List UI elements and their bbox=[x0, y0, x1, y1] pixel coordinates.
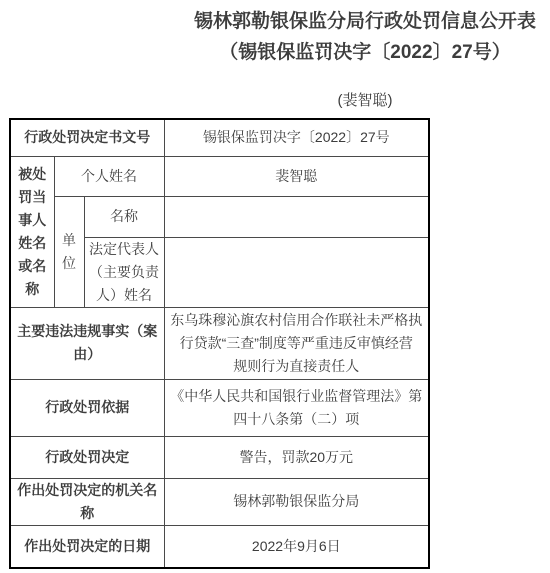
decision-value: 警告，罚款20万元 bbox=[164, 436, 429, 478]
basis-label: 行政处罚依据 bbox=[10, 379, 164, 436]
document-title: 锡林郭勒银保监分局行政处罚信息公开表 bbox=[180, 6, 550, 37]
basis-value: 《中华人民共和国银行业监督管理法》第 四十八条第（二）项 bbox=[164, 379, 429, 436]
decision-label: 行政处罚决定 bbox=[10, 436, 164, 478]
date-label: 作出处罚决定的日期 bbox=[10, 525, 164, 568]
personal-name-label: 个人姓名 bbox=[54, 156, 164, 196]
unit-header: 单 位 bbox=[54, 196, 84, 307]
document-number: （锡银保监罚决字〔2022〕27号） bbox=[180, 37, 550, 68]
legal-rep-value bbox=[164, 237, 429, 307]
authority-value: 锡林郭勒银保监分局 bbox=[164, 478, 429, 525]
personal-name-value: 裴智聪 bbox=[164, 156, 429, 196]
authority-label: 作出处罚决定的机关名称 bbox=[10, 478, 164, 525]
penalty-disclosure-document: 锡林郭勒银保监分局行政处罚信息公开表 （锡银保监罚决字〔2022〕27号） (裴… bbox=[0, 6, 550, 573]
document-header: 锡林郭勒银保监分局行政处罚信息公开表 （锡银保监罚决字〔2022〕27号） (裴… bbox=[180, 6, 550, 110]
table-row: 行政处罚决定书文号 锡银保监罚决字〔2022〕27号 bbox=[10, 119, 429, 156]
table-row: 作出处罚决定的日期 2022年9月6日 bbox=[10, 525, 429, 568]
doc-no-label: 行政处罚决定书文号 bbox=[10, 119, 164, 156]
party-name-header: 被处 罚当 事人 姓名 或名 称 bbox=[10, 156, 54, 307]
table-row: 行政处罚依据 《中华人民共和国银行业监督管理法》第 四十八条第（二）项 bbox=[10, 379, 429, 436]
facts-label: 主要违法违规事实（案 由） bbox=[10, 307, 164, 379]
penalty-info-table: 行政处罚决定书文号 锡银保监罚决字〔2022〕27号 被处 罚当 事人 姓名 或… bbox=[9, 118, 430, 569]
facts-value: 东乌珠穆沁旗农村信用合作联社未严格执 行贷款“三查”制度等严重违反审慎经营 规则… bbox=[164, 307, 429, 379]
person-name-note: (裴智聪) bbox=[180, 92, 550, 110]
doc-no-value: 锡银保监罚决字〔2022〕27号 bbox=[164, 119, 429, 156]
unit-name-value bbox=[164, 196, 429, 237]
legal-rep-label: 法定代表人 （主要负责 人）姓名 bbox=[84, 237, 164, 307]
table-row: 主要违法违规事实（案 由） 东乌珠穆沁旗农村信用合作联社未严格执 行贷款“三查”… bbox=[10, 307, 429, 379]
table-row: 作出处罚决定的机关名称 锡林郭勒银保监分局 bbox=[10, 478, 429, 525]
table-row: 被处 罚当 事人 姓名 或名 称 个人姓名 裴智聪 bbox=[10, 156, 429, 196]
table-row: 行政处罚决定 警告，罚款20万元 bbox=[10, 436, 429, 478]
unit-name-label: 名称 bbox=[84, 196, 164, 237]
date-value: 2022年9月6日 bbox=[164, 525, 429, 568]
table-row: 单 位 名称 bbox=[10, 196, 429, 237]
